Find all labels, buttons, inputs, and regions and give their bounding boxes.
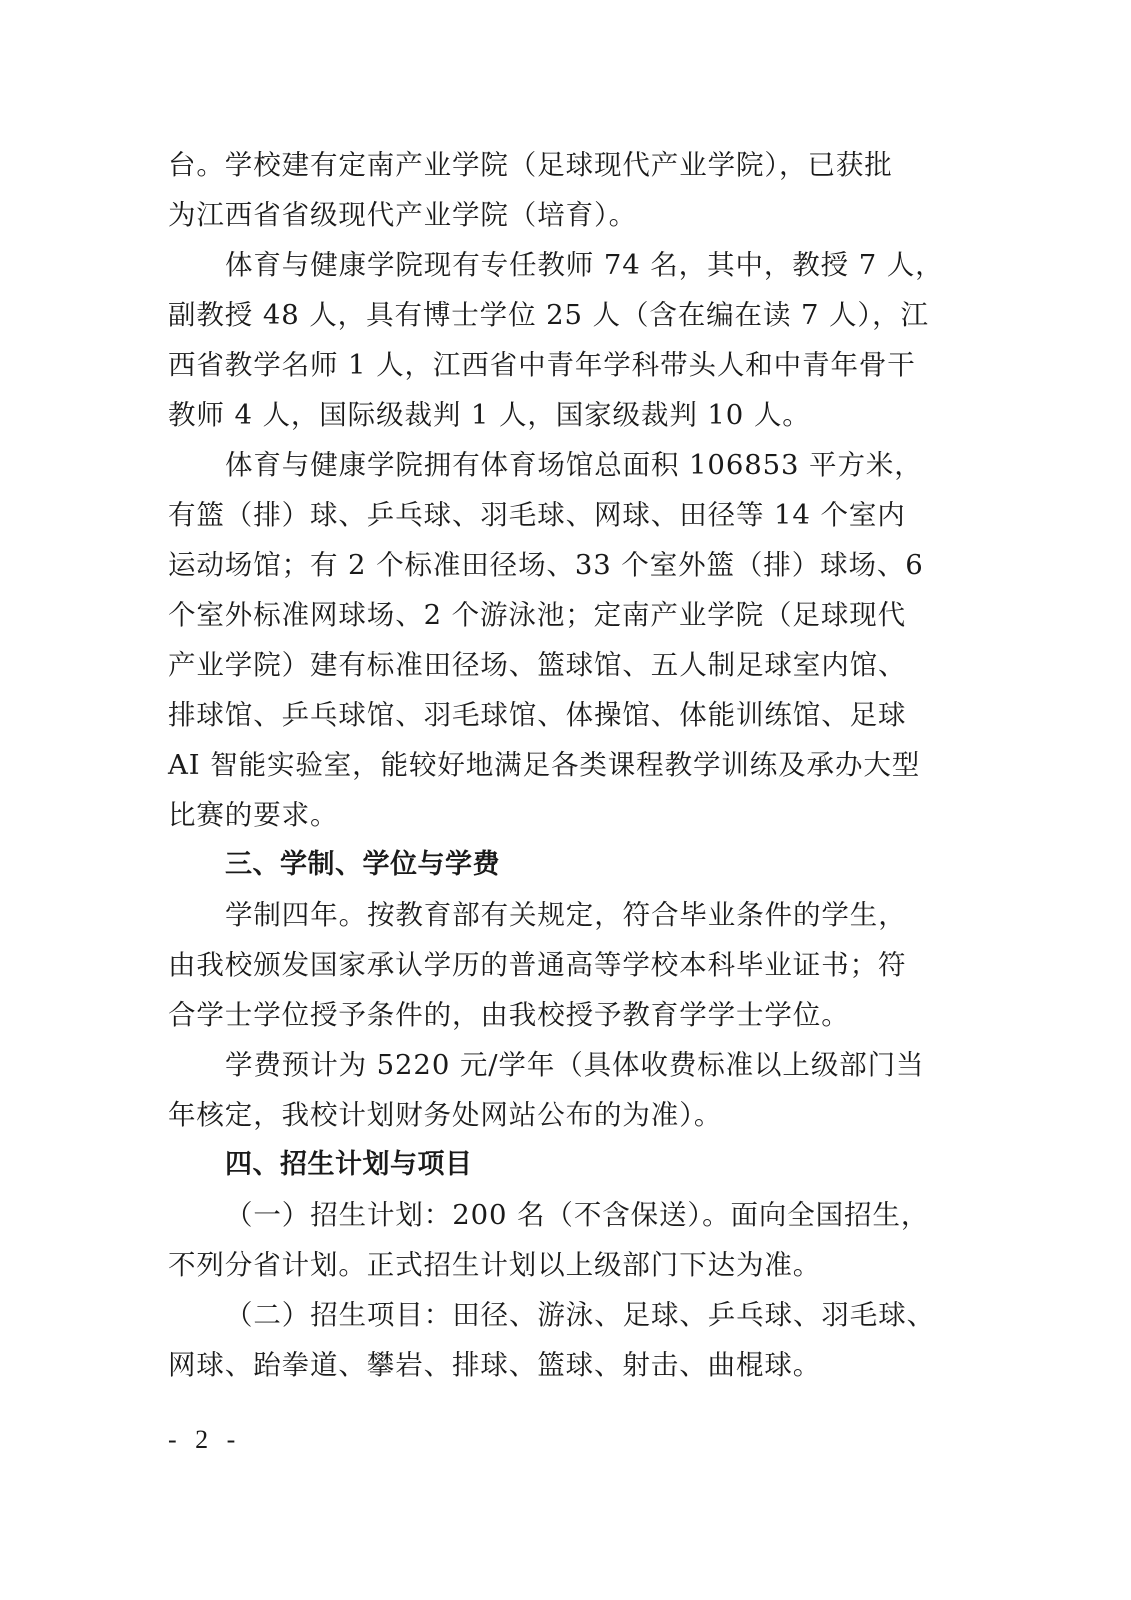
paragraph-line: 学制四年。按教育部有关规定，符合毕业条件的学生， (225, 890, 907, 940)
paragraph-line: 教师 4 人，国际级裁判 1 人，国家级裁判 10 人。 (168, 390, 811, 440)
paragraph-line: 学费预计为 5220 元/学年（具体收费标准以上级部门当 (225, 1040, 924, 1090)
paragraph-line: 比赛的要求。 (168, 790, 338, 840)
paragraph-line: 西省教学名师 1 人，江西省中青年学科带头人和中青年骨干 (168, 340, 916, 390)
paragraph-line: 年核定，我校计划财务处网站公布的为准）。 (168, 1090, 722, 1140)
paragraph-line: 有篮（排）球、乒乓球、羽毛球、网球、田径等 14 个室内 (168, 490, 906, 540)
paragraph-line: 为江西省省级现代产业学院（培育）。 (168, 190, 637, 240)
paragraph-line: 不列分省计划。正式招生计划以上级部门下达为准。 (168, 1240, 821, 1290)
paragraph-line: （二）招生项目：田径、游泳、足球、乒乓球、羽毛球、 (225, 1290, 935, 1340)
paragraph-line: （一）招生计划：200 名（不含保送）。面向全国招生， (225, 1190, 929, 1240)
section-heading-4: 四、招生计划与项目 (225, 1140, 473, 1190)
paragraph-line: 合学士学位授予条件的，由我校授予教育学学士学位。 (168, 990, 850, 1040)
paragraph-line: 体育与健康学院拥有体育场馆总面积 106853 平方米， (225, 440, 923, 490)
paragraph-line: 个室外标准网球场、2 个游泳池；定南产业学院（足球现代 (168, 590, 906, 640)
paragraph-line: 运动场馆；有 2 个标准田径场、33 个室外篮（排）球场、6 (168, 540, 924, 590)
section-heading-3: 三、学制、学位与学费 (225, 840, 500, 890)
paragraph-line: 由我校颁发国家承认学历的普通高等学校本科毕业证书；符 (168, 940, 906, 990)
paragraph-line: 副教授 48 人，具有博士学位 25 人（含在编在读 7 人），江 (168, 290, 929, 340)
paragraph-line: AI 智能实验室，能较好地满足各类课程教学训练及承办大型 (168, 740, 920, 790)
paragraph-line: 体育与健康学院现有专任教师 74 名，其中，教授 7 人， (225, 240, 944, 290)
paragraph-line: 台。学校建有定南产业学院（足球现代产业学院），已获批 (168, 140, 893, 190)
paragraph-line: 产业学院）建有标准田径场、篮球馆、五人制足球室内馆、 (168, 640, 906, 690)
paragraph-line: 排球馆、乒乓球馆、羽毛球馆、体操馆、体能训练馆、足球 (168, 690, 906, 740)
page-number: - 2 - (168, 1420, 241, 1460)
paragraph-line: 网球、跆拳道、攀岩、排球、篮球、射击、曲棍球。 (168, 1340, 821, 1390)
